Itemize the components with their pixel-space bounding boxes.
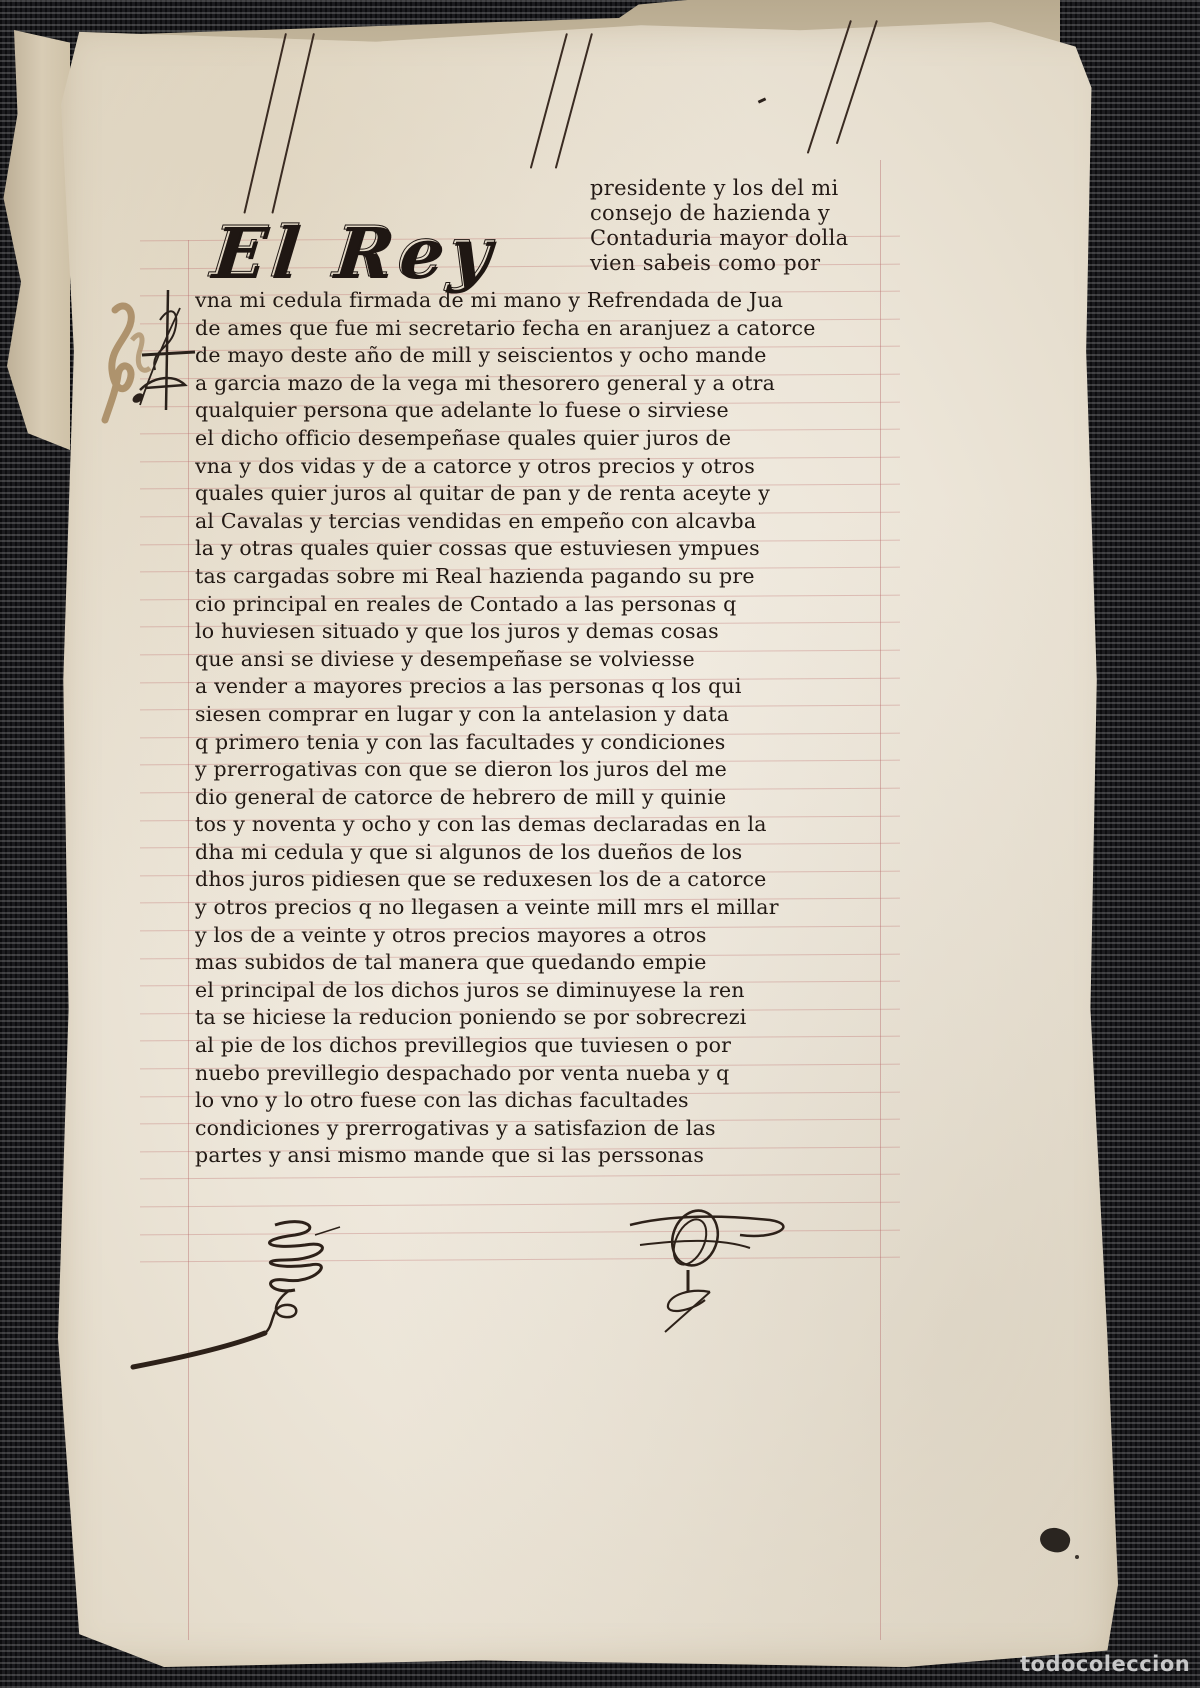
manuscript-body-text: vna mi cedula firmada de mi mano y Refre…	[195, 287, 875, 1170]
watermark-text: todocoleccion	[1020, 1652, 1190, 1676]
text-line: qualquier persona que adelante lo fuese …	[195, 397, 875, 425]
text-line: q primero tenia y con las facultades y c…	[195, 729, 875, 757]
text-line: el principal de los dichos juros se dimi…	[195, 977, 875, 1005]
text-line: nuebo previllegio despachado por venta n…	[195, 1060, 875, 1088]
ink-dot	[1075, 1555, 1079, 1559]
text-line: cio principal en reales de Contado a las…	[195, 591, 875, 619]
text-line: y los de a veinte y otros precios mayore…	[195, 922, 875, 950]
text-line: ta se hiciese la reducion poniendo se po…	[195, 1004, 875, 1032]
text-line: el dicho officio desempeñase quales quie…	[195, 425, 875, 453]
heading-line: presidente y los del mi	[590, 176, 890, 201]
text-line: siesen comprar en lugar y con la antelas…	[195, 701, 875, 729]
text-line: quales quier juros al quitar de pan y de…	[195, 480, 875, 508]
text-line: la y otras quales quier cossas que estuv…	[195, 535, 875, 563]
text-line: al Cavalas y tercias vendidas en empeño …	[195, 508, 875, 536]
text-line: partes y ansi mismo mande que si las per…	[195, 1142, 875, 1170]
text-line: condiciones y prerrogativas y a satisfaz…	[195, 1115, 875, 1143]
text-line: que ansi se diviese y desempeñase se vol…	[195, 646, 875, 674]
heading-line: vien sabeis como por	[590, 251, 890, 276]
text-line: y otros precios q no llegasen a veinte m…	[195, 894, 875, 922]
text-line: dhos juros pidiesen que se reduxesen los…	[195, 866, 875, 894]
text-line: y prerrogativas con que se dieron los ju…	[195, 756, 875, 784]
ruling-left-margin	[188, 240, 189, 1640]
text-line: lo huviesen situado y que los juros y de…	[195, 618, 875, 646]
text-line: dio general de catorce de hebrero de mil…	[195, 784, 875, 812]
text-line: tas cargadas sobre mi Real hazienda paga…	[195, 563, 875, 591]
heading-text-block: presidente y los del mi consejo de hazie…	[590, 176, 890, 276]
text-line: mas subidos de tal manera que quedando e…	[195, 949, 875, 977]
initial-heading-el-rey: El Rey	[208, 210, 500, 293]
text-line: vna y dos vidas y de a catorce y otros p…	[195, 453, 875, 481]
ruling-right-margin	[880, 160, 881, 1640]
marginal-rubric-icon	[80, 280, 200, 430]
text-line: vna mi cedula firmada de mi mano y Refre…	[195, 287, 875, 315]
text-line: de mayo deste año de mill y seiscientos …	[195, 342, 875, 370]
text-line: tos y noventa y ocho y con las demas dec…	[195, 811, 875, 839]
signature-left-icon	[125, 1205, 365, 1385]
heading-line: Contaduria mayor dolla	[590, 226, 890, 251]
text-line: al pie de los dichos previllegios que tu…	[195, 1032, 875, 1060]
text-line: de ames que fue mi secretario fecha en a…	[195, 315, 875, 343]
text-line: lo vno y lo otro fuese con las dichas fa…	[195, 1087, 875, 1115]
heading-line: consejo de hazienda y	[590, 201, 890, 226]
text-line: dha mi cedula y que si algunos de los du…	[195, 839, 875, 867]
text-line: a vender a mayores precios a las persona…	[195, 673, 875, 701]
text-line: a garcia mazo de la vega mi thesorero ge…	[195, 370, 875, 398]
back-sheet-left-edge	[0, 30, 70, 450]
signature-right-icon	[610, 1200, 810, 1360]
